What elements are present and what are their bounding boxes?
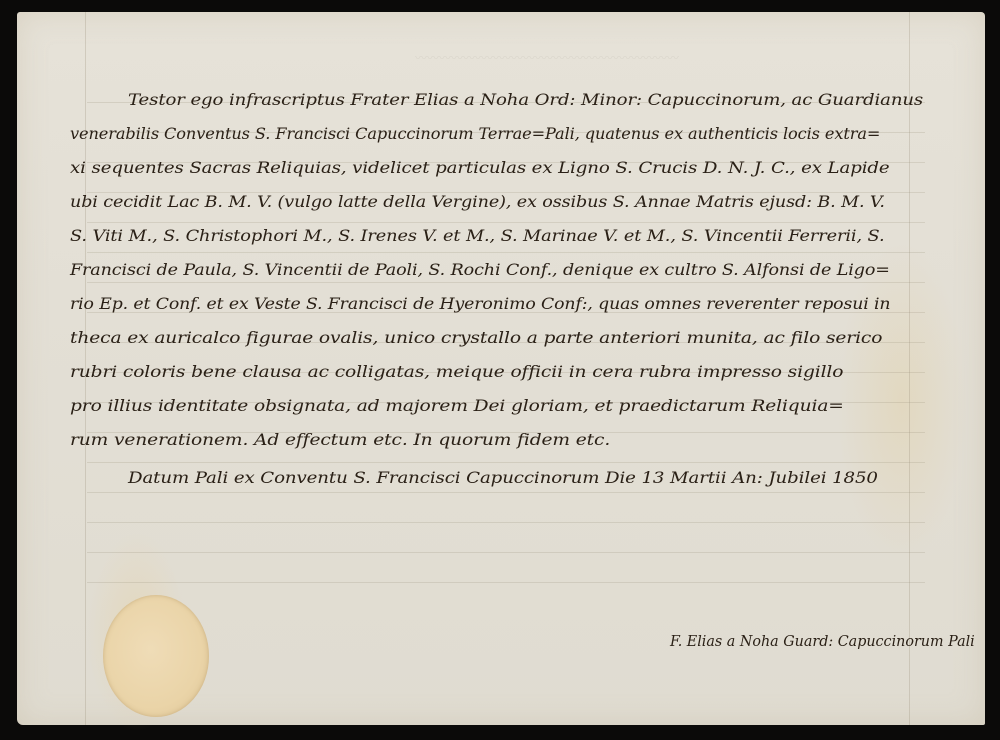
body-line: xi sequentes Sacras Reliquias, videlicet… <box>70 153 890 183</box>
faded-letterhead-watermark: ​ 〰〰〰〰〰〰〰〰〰〰〰〰〰〰〰〰〰〰〰〰〰〰 <box>367 20 727 70</box>
ruled-line <box>87 552 925 553</box>
wax-seal <box>103 595 209 717</box>
body-line: rum venerationem. Ad effectum etc. In qu… <box>70 425 610 455</box>
ruled-line <box>87 582 925 583</box>
body-line: venerabilis Conventus S. Francisci Capuc… <box>70 119 880 149</box>
ruled-line <box>87 522 925 523</box>
body-line: rubri coloris bene clausa ac colligatas,… <box>70 357 843 387</box>
dating-line: Datum Pali ex Conventu S. Francisci Capu… <box>128 463 878 493</box>
body-line: rio Ep. et Conf. et ex Veste S. Francisc… <box>70 289 890 319</box>
ruled-line <box>87 252 925 253</box>
signature: F. Elias a Noha Guard: Capuccinorum Pali <box>670 632 975 650</box>
body-line: S. Viti M., S. Christophori M., S. Irene… <box>70 221 884 251</box>
body-line: Francisci de Paula, S. Vincentii de Paol… <box>70 255 890 285</box>
body-line: ubi cecidit Lac B. M. V. (vulgo latte de… <box>70 187 885 217</box>
body-line: pro illius identitate obsignata, ad majo… <box>70 391 844 421</box>
body-line: Testor ego infrascriptus Frater Elias a … <box>128 85 923 115</box>
body-line: theca ex auricalco figurae ovalis, unico… <box>70 323 882 353</box>
margin-rule-right <box>909 12 910 725</box>
